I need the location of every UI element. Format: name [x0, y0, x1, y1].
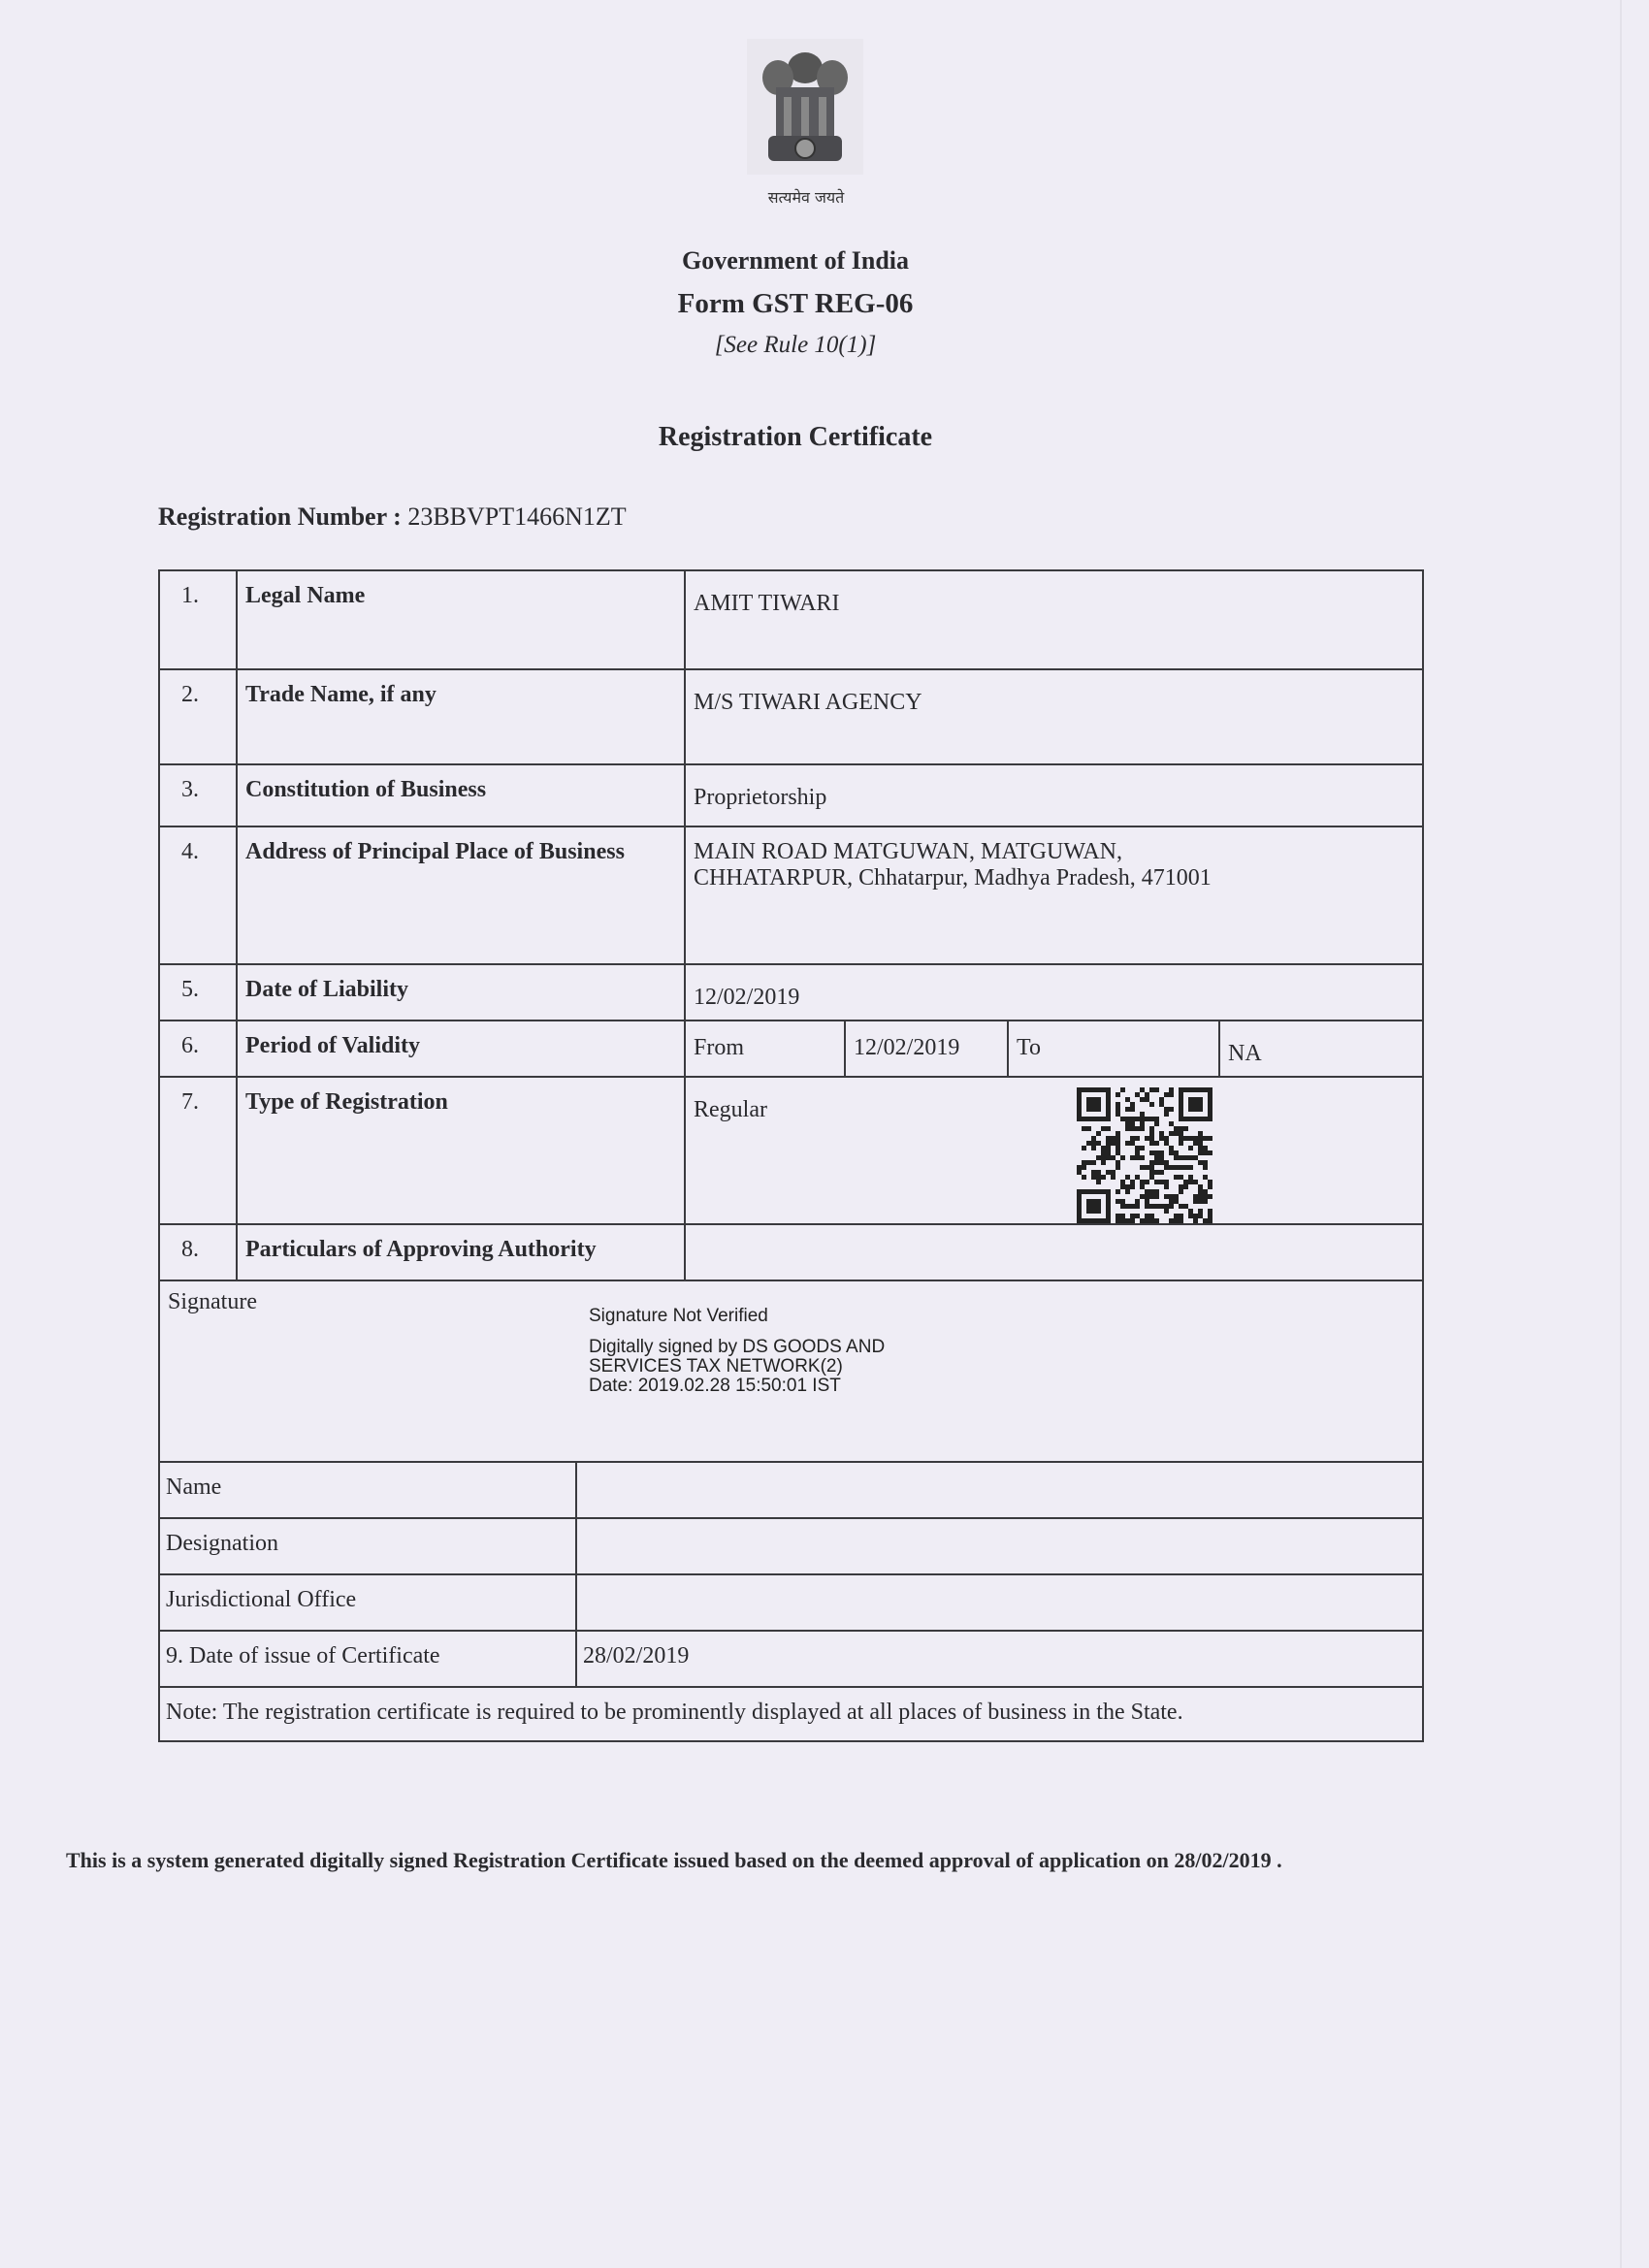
registration-type-value: Regular	[686, 1078, 1422, 1223]
date-of-liability-value: 12/02/2019	[686, 965, 1422, 1020]
jurisdictional-office-value	[577, 1575, 1422, 1630]
table-row: 7. Type of Registration Regular	[158, 1078, 1424, 1225]
display-note: Note: The registration certificate is re…	[158, 1688, 1424, 1742]
address-value: MAIN ROAD MATGUWAN, MATGUWAN, CHHATARPUR…	[686, 827, 1268, 963]
table-row: 3. Constitution of Business Proprietorsh…	[158, 765, 1424, 827]
rule-reference: [See Rule 10(1)]	[0, 332, 1591, 359]
row-label: Address of Principal Place of Business	[238, 827, 686, 963]
registration-number: Registration Number : 23BBVPT1466N1ZT	[158, 502, 627, 532]
certificate-table: 1. Legal Name AMIT TIWARI 2. Trade Name,…	[158, 569, 1424, 1742]
designation-label: Designation	[160, 1519, 577, 1573]
approving-authority-value	[686, 1225, 1422, 1280]
government-heading: Government of India	[0, 246, 1591, 275]
row-number: 5.	[160, 965, 238, 1020]
table-row: 2. Trade Name, if any M/S TIWARI AGENCY	[158, 670, 1424, 765]
authority-row: 9. Date of issue of Certificate 28/02/20…	[158, 1632, 1424, 1688]
validity-period: From 12/02/2019 To NA	[686, 1021, 1422, 1076]
signed-by-line: Digitally signed by DS GOODS AND	[589, 1338, 885, 1357]
table-row: 1. Legal Name AMIT TIWARI	[158, 569, 1424, 670]
row-label: Constitution of Business	[238, 765, 686, 826]
row-number: 2.	[160, 670, 238, 763]
row-label: Trade Name, if any	[238, 670, 686, 763]
emblem-motto: सत्यमेव जयते	[733, 186, 879, 208]
registration-number-label: Registration Number :	[158, 502, 402, 531]
row-number: 6.	[160, 1021, 238, 1076]
authority-name-value	[577, 1463, 1422, 1517]
certificate-title: Registration Certificate	[0, 422, 1591, 453]
jurisdictional-office-label: Jurisdictional Office	[160, 1575, 577, 1630]
row-number: 4.	[160, 827, 238, 963]
registration-number-value: 23BBVPT1466N1ZT	[407, 502, 626, 531]
table-row: 4. Address of Principal Place of Busines…	[158, 827, 1424, 965]
page-edge	[1620, 0, 1622, 2268]
signature-date: Date: 2019.02.28 15:50:01 IST	[589, 1377, 885, 1396]
row-number: 8.	[160, 1225, 238, 1280]
row-number: 1.	[160, 571, 238, 668]
row-number: 7.	[160, 1078, 238, 1223]
qr-code-icon	[1077, 1087, 1212, 1223]
table-row: 5. Date of Liability 12/02/2019	[158, 965, 1424, 1021]
signature-label: Signature	[168, 1289, 257, 1315]
issue-date-value: 28/02/2019	[577, 1632, 1422, 1686]
form-title: Form GST REG-06	[0, 288, 1591, 320]
authority-row: Name	[158, 1463, 1424, 1519]
signature-status: Signature Not Verified	[589, 1307, 885, 1326]
authority-name-label: Name	[160, 1463, 577, 1517]
row-label: Type of Registration	[238, 1078, 686, 1223]
row-number: 3.	[160, 765, 238, 826]
system-generated-footer: This is a system generated digitally sig…	[66, 1848, 1282, 1873]
table-row: 6. Period of Validity From 12/02/2019 To…	[158, 1021, 1424, 1078]
authority-row: Jurisdictional Office	[158, 1575, 1424, 1632]
national-emblem-icon	[747, 39, 863, 175]
row-label: Legal Name	[238, 571, 686, 668]
row-label: Particulars of Approving Authority	[238, 1225, 686, 1280]
signed-by-line: SERVICES TAX NETWORK(2)	[589, 1357, 885, 1377]
table-row: 8. Particulars of Approving Authority	[158, 1225, 1424, 1281]
validity-to-label: To	[1009, 1021, 1220, 1076]
designation-value	[577, 1519, 1422, 1573]
signature-section: Signature Signature Not Verified Digital…	[158, 1281, 1424, 1463]
issue-date-label: 9. Date of issue of Certificate	[160, 1632, 577, 1686]
authority-row: Designation	[158, 1519, 1424, 1575]
validity-from-label: From	[686, 1021, 846, 1076]
digital-signature-block: Signature Not Verified Digitally signed …	[589, 1307, 885, 1396]
constitution-value: Proprietorship	[686, 765, 1422, 826]
row-label: Period of Validity	[238, 1021, 686, 1076]
legal-name-value: AMIT TIWARI	[686, 571, 1422, 668]
validity-to-value: NA	[1220, 1021, 1422, 1076]
trade-name-value: M/S TIWARI AGENCY	[686, 670, 1422, 763]
validity-from-value: 12/02/2019	[846, 1021, 1009, 1076]
row-label: Date of Liability	[238, 965, 686, 1020]
